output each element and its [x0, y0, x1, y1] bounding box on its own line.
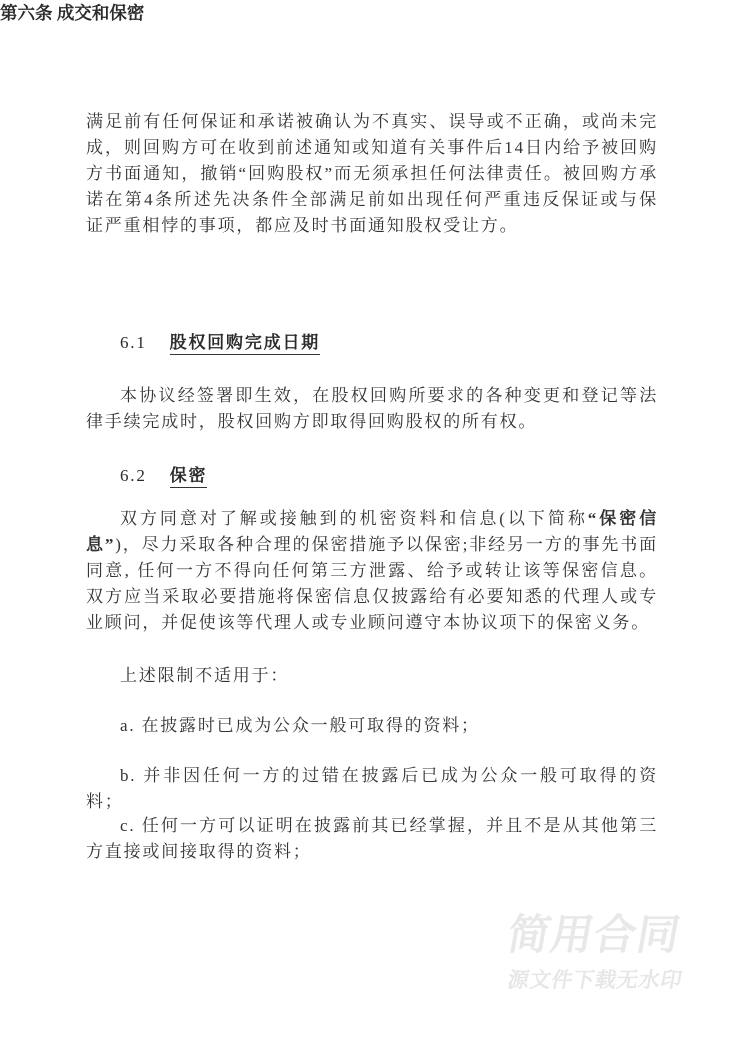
exception-item-a: a. 在披露时已成为公众一般可取得的资料；	[86, 713, 658, 739]
section-6-2-heading: 6.2保密	[120, 461, 660, 486]
contract-paragraph-continuation: 满足前有任何保证和承诺被确认为不真实、误导或不正确，或尚未完成，则回购方可在收到…	[86, 109, 658, 239]
section-6-2-title: 保密	[170, 466, 208, 488]
document-page: 满足前有任何保证和承诺被确认为不真实、误导或不正确，或尚未完成，则回购方可在收到…	[0, 0, 742, 1049]
section-6-1-heading: 6.1股权回购完成日期	[120, 328, 660, 353]
article-6-heading: 第六条 成交和保密	[0, 0, 540, 25]
exception-item-b: b. 并非因任何一方的过错在披露后已成为公众一般可取得的资料；	[86, 763, 658, 815]
section-6-2-body-part1: 双方同意对了解或接触到的机密资料和信息(以下简称	[120, 509, 588, 528]
exceptions-intro: 上述限制不适用于：	[86, 663, 658, 689]
section-6-2-body: 双方同意对了解或接触到的机密资料和信息(以下简称“保密信息”)，尽力采取各种合理…	[86, 506, 658, 636]
watermark-title: 简用合同	[504, 914, 684, 958]
section-6-1-number: 6.1	[120, 333, 147, 353]
exception-item-c: c. 任何一方可以证明在披露前其已经掌握，并且不是从其他第三方直接或间接取得的资…	[86, 813, 658, 865]
section-6-1-body: 本协议经签署即生效，在股权回购所要求的各种变更和登记等法律手续完成时，股权回购方…	[86, 383, 658, 435]
section-6-1-title: 股权回购完成日期	[170, 333, 320, 355]
section-6-2-body-part2: )，尽力采取各种合理的保密措施予以保密;非经另一方的事先书面同意, 任何一方不得…	[86, 535, 658, 632]
section-6-2-number: 6.2	[120, 466, 147, 486]
watermark-subtitle: 源文件下载无水印	[506, 968, 685, 992]
